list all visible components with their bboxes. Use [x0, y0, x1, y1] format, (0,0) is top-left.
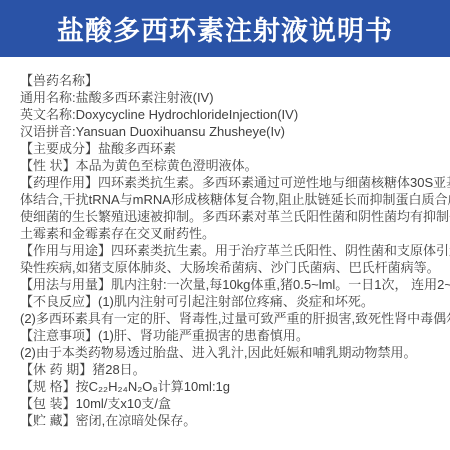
document-line: 【注意事项】(1)肝、肾功能严重损害的患畜慎用。	[20, 327, 434, 344]
document-line: 【不良反应】(1)肌内注射可引起注射部位疼痛、炎症和坏死。	[20, 293, 434, 310]
document-line: (2)多西环素具有一定的肝、肾毒性,过量可致严重的肝损害,致死性肾中毒偶尔可见。	[20, 310, 434, 327]
document-body: 【兽药名称】通用名称:盐酸多西环素注射液(IV)英文名称:Doxycycline…	[0, 57, 450, 429]
document-line: 使细菌的生长繁殖迅速被抑制。多西环素对革兰氏阳性菌和阴性菌均有抑制作用,与	[20, 208, 434, 225]
document-line: 【主要成分】盐酸多西环素	[20, 140, 434, 157]
document-line: 【规 格】按C₂₂H₂₄N₂O₈计算10ml:1g	[20, 378, 434, 395]
document-line: 【兽药名称】	[20, 72, 434, 89]
document-line: 体结合,干扰tRNA与mRNA形成核糖体复合物,阻止肽链延长而抑制蛋白质合成,从…	[20, 191, 434, 208]
header-banner: 盐酸多西环素注射液说明书	[0, 0, 450, 57]
document-line: 【贮 藏】密闭,在凉暗处保存。	[20, 412, 434, 429]
document-line: 【性 状】本品为黄色至棕黄色澄明液体。	[20, 157, 434, 174]
drug-leaflet-page: 盐酸多西环素注射液说明书 【兽药名称】通用名称:盐酸多西环素注射液(IV)英文名…	[0, 0, 450, 450]
document-line: 【包 装】10ml/支x10支/盒	[20, 395, 434, 412]
page-title: 盐酸多西环素注射液说明书	[57, 9, 393, 48]
document-line: 【作用与用途】四环素类抗生素。用于治疗革兰氏阳性、阴性菌和支原体引起的猪感	[20, 242, 434, 259]
document-line: 【用法与用量】肌内注射:一次量,每10kg体重,猪0.5~lml。一日1次， 连…	[20, 276, 434, 293]
document-line: 【药理作用】四环素类抗生素。多西环素通过可逆性地与细菌核糖体30S亚基上的受	[20, 174, 434, 191]
document-line: 英文名称:Doxycycline HydrochlorideInjection(…	[20, 106, 434, 123]
document-line: 土霉素和金霉素存在交叉耐药性。	[20, 225, 434, 242]
document-line: 通用名称:盐酸多西环素注射液(IV)	[20, 89, 434, 106]
document-line: 汉语拼音:Yansuan Duoxihuansu Zhusheye(Iv)	[20, 123, 434, 140]
document-line: 染性疾病,如猪支原体肺炎、大肠埃希菌病、沙门氏菌病、巴氏杆菌病等。	[20, 259, 434, 276]
document-line: 【休 药 期】猪28日。	[20, 361, 434, 378]
document-line: (2)由于本类药物易透过胎盘、进入乳汁,因此妊娠和哺乳期动物禁用。	[20, 344, 434, 361]
